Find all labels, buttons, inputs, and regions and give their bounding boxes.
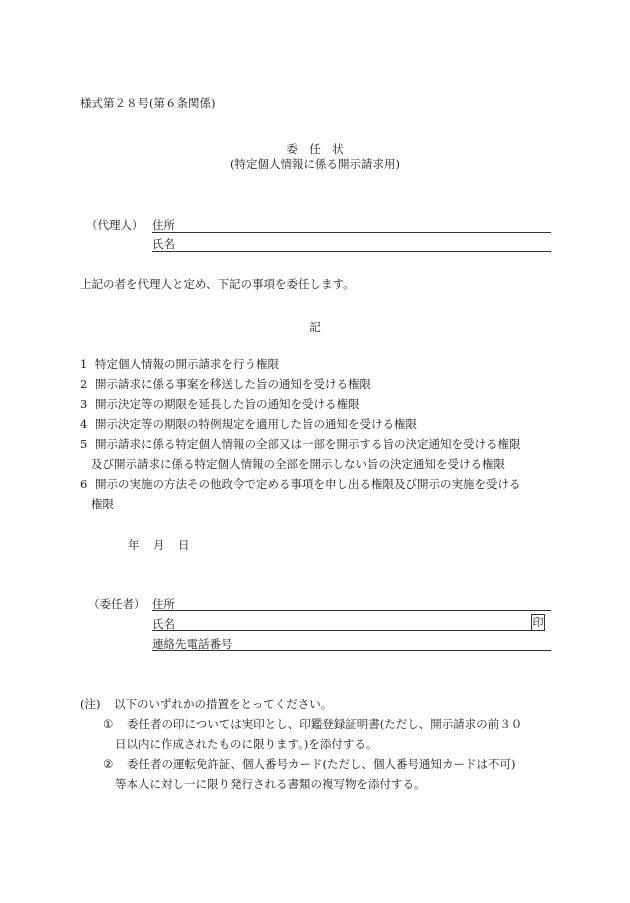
- item-number: 3: [80, 397, 95, 411]
- item-text: 開示決定等の期限の特例規定を適用した旨の通知を受ける権限: [95, 417, 417, 431]
- item-text: 開示の実施の方法その他政令で定める事項を申し出る権限及び開示の実施を受ける: [95, 477, 521, 491]
- agent-label: （代理人）: [86, 218, 144, 232]
- item-number: 4: [80, 417, 95, 431]
- item-number: 6: [80, 477, 95, 491]
- notes-label: (注): [80, 697, 100, 711]
- agent-address-field[interactable]: [152, 232, 551, 233]
- principal-label: （委任者）: [88, 597, 146, 611]
- item-text: 開示請求に係る特定個人情報の全部又は一部を開示する旨の決定通知を受ける権限: [95, 437, 521, 451]
- agent-name-field[interactable]: [152, 251, 551, 252]
- item-number: 1: [80, 357, 95, 371]
- note-mark: ①: [103, 717, 127, 731]
- item-1: 1特定個人情報の開示請求を行う権限: [80, 357, 279, 371]
- item-text: 開示決定等の期限を延長した旨の通知を受ける権限: [95, 397, 360, 411]
- note-1: ①委任者の印については実印とし、印鑑登録証明書(ただし、開示請求の前３０: [103, 717, 522, 731]
- item-text: 特定個人情報の開示請求を行う権限: [95, 357, 279, 371]
- note-text: 委任者の運転免許証、個人番号カード(ただし、個人番号通知カードは不可): [127, 757, 515, 771]
- seal-box: 印: [531, 614, 545, 631]
- agent-address-label: 住所: [152, 218, 175, 232]
- principal-address-field[interactable]: [152, 610, 551, 611]
- item-2: 2開示請求に係る事案を移送した旨の通知を受ける権限: [80, 377, 371, 391]
- item-5-continued: 及び開示請求に係る特定個人情報の全部を開示しない旨の決定通知を受ける権限: [91, 457, 505, 471]
- date-year-label: 年: [128, 538, 140, 552]
- item-4: 4開示決定等の期限の特例規定を適用した旨の通知を受ける権限: [80, 417, 417, 431]
- principal-address-label: 住所: [152, 597, 175, 611]
- note-text: 委任者の印については実印とし、印鑑登録証明書(ただし、開示請求の前３０: [127, 717, 522, 731]
- note-1-continued: 日以内に作成されたものに限ります。)を添付する。: [115, 737, 377, 751]
- item-number: 5: [80, 437, 95, 451]
- agent-name-label: 氏名: [152, 237, 175, 251]
- date-day-label: 日: [178, 538, 190, 552]
- principal-phone-label: 連絡先電話番号: [152, 637, 233, 651]
- principal-name-label: 氏名: [152, 617, 175, 631]
- item-6: 6開示の実施の方法その他政令で定める事項を申し出る権限及び開示の実施を受ける: [80, 477, 521, 491]
- date-month-label: 月: [153, 538, 165, 552]
- document-subtitle: (特定個人情報に係る開示請求用): [0, 157, 630, 171]
- item-text: 開示請求に係る事案を移送した旨の通知を受ける権限: [95, 377, 371, 391]
- note-mark: ②: [103, 757, 127, 771]
- item-number: 2: [80, 377, 95, 391]
- note-2: ②委任者の運転免許証、個人番号カード(ただし、個人番号通知カードは不可): [103, 757, 515, 771]
- notes-intro: 以下のいずれかの措置をとってください。: [114, 697, 332, 711]
- principal-phone-field[interactable]: [152, 650, 551, 651]
- document-title: 委 任 状: [0, 142, 630, 156]
- delegation-statement: 上記の者を代理人と定め、下記の事項を委任します。: [80, 277, 355, 291]
- item-6-continued: 権限: [91, 497, 114, 511]
- principal-name-field[interactable]: [152, 630, 531, 631]
- item-3: 3開示決定等の期限を延長した旨の通知を受ける権限: [80, 397, 360, 411]
- note-2-continued: 等本人に対し一に限り発行される書類の複写物を添付する。: [115, 777, 426, 791]
- form-number: 様式第２８号(第６条関係): [80, 96, 215, 110]
- ki-heading: 記: [0, 320, 630, 334]
- item-5: 5開示請求に係る特定個人情報の全部又は一部を開示する旨の決定通知を受ける権限: [80, 437, 521, 451]
